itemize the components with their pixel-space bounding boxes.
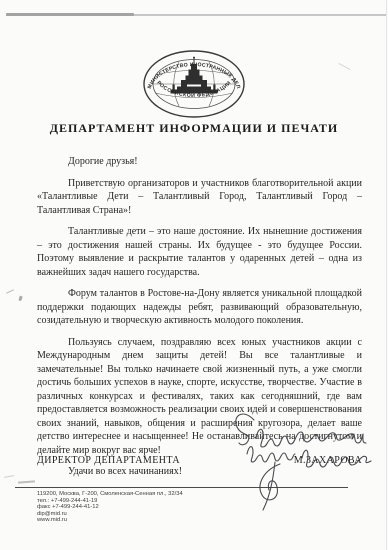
body-paragraph: Форум талантов в Ростове-на-Дону являетс… [37, 287, 362, 328]
department-title: ДЕПАРТАМЕНТ ИНФОРМАЦИИ И ПЕЧАТИ [0, 121, 388, 136]
body-paragraph: Приветствую организаторов и участников б… [37, 177, 362, 218]
scan-smudge [4, 475, 14, 478]
body-paragraph: Талантливые дети – это наше достояние. И… [37, 225, 362, 279]
footer-website: www.mid.ru [37, 517, 237, 524]
salutation: Дорогие друзья! [37, 155, 362, 169]
handwritten-signature [230, 400, 382, 530]
scan-smudge [18, 480, 35, 483]
mfa-emblem-icon: МИНИСТЕРСТВО ИНОСТРАННЫХ ДЕЛ РОССИЙСКОЙ … [141, 48, 247, 120]
footer-contact-block: 119200, Москва, Г-200, Смоленская-Сенная… [37, 491, 237, 524]
scan-right-edge [386, 0, 387, 550]
scan-smudge [339, 63, 351, 70]
margin-pencil-mark [6, 289, 14, 293]
signer-position-title: ДИРЕКТОР ДЕПАРТАМЕНТА [37, 455, 180, 466]
margin-pencil-mark [18, 296, 22, 302]
scanned-letter-page: МИНИСТЕРСТВО ИНОСТРАННЫХ ДЕЛ РОССИЙСКОЙ … [0, 0, 388, 550]
scan-edge-line-dark [6, 13, 134, 16]
